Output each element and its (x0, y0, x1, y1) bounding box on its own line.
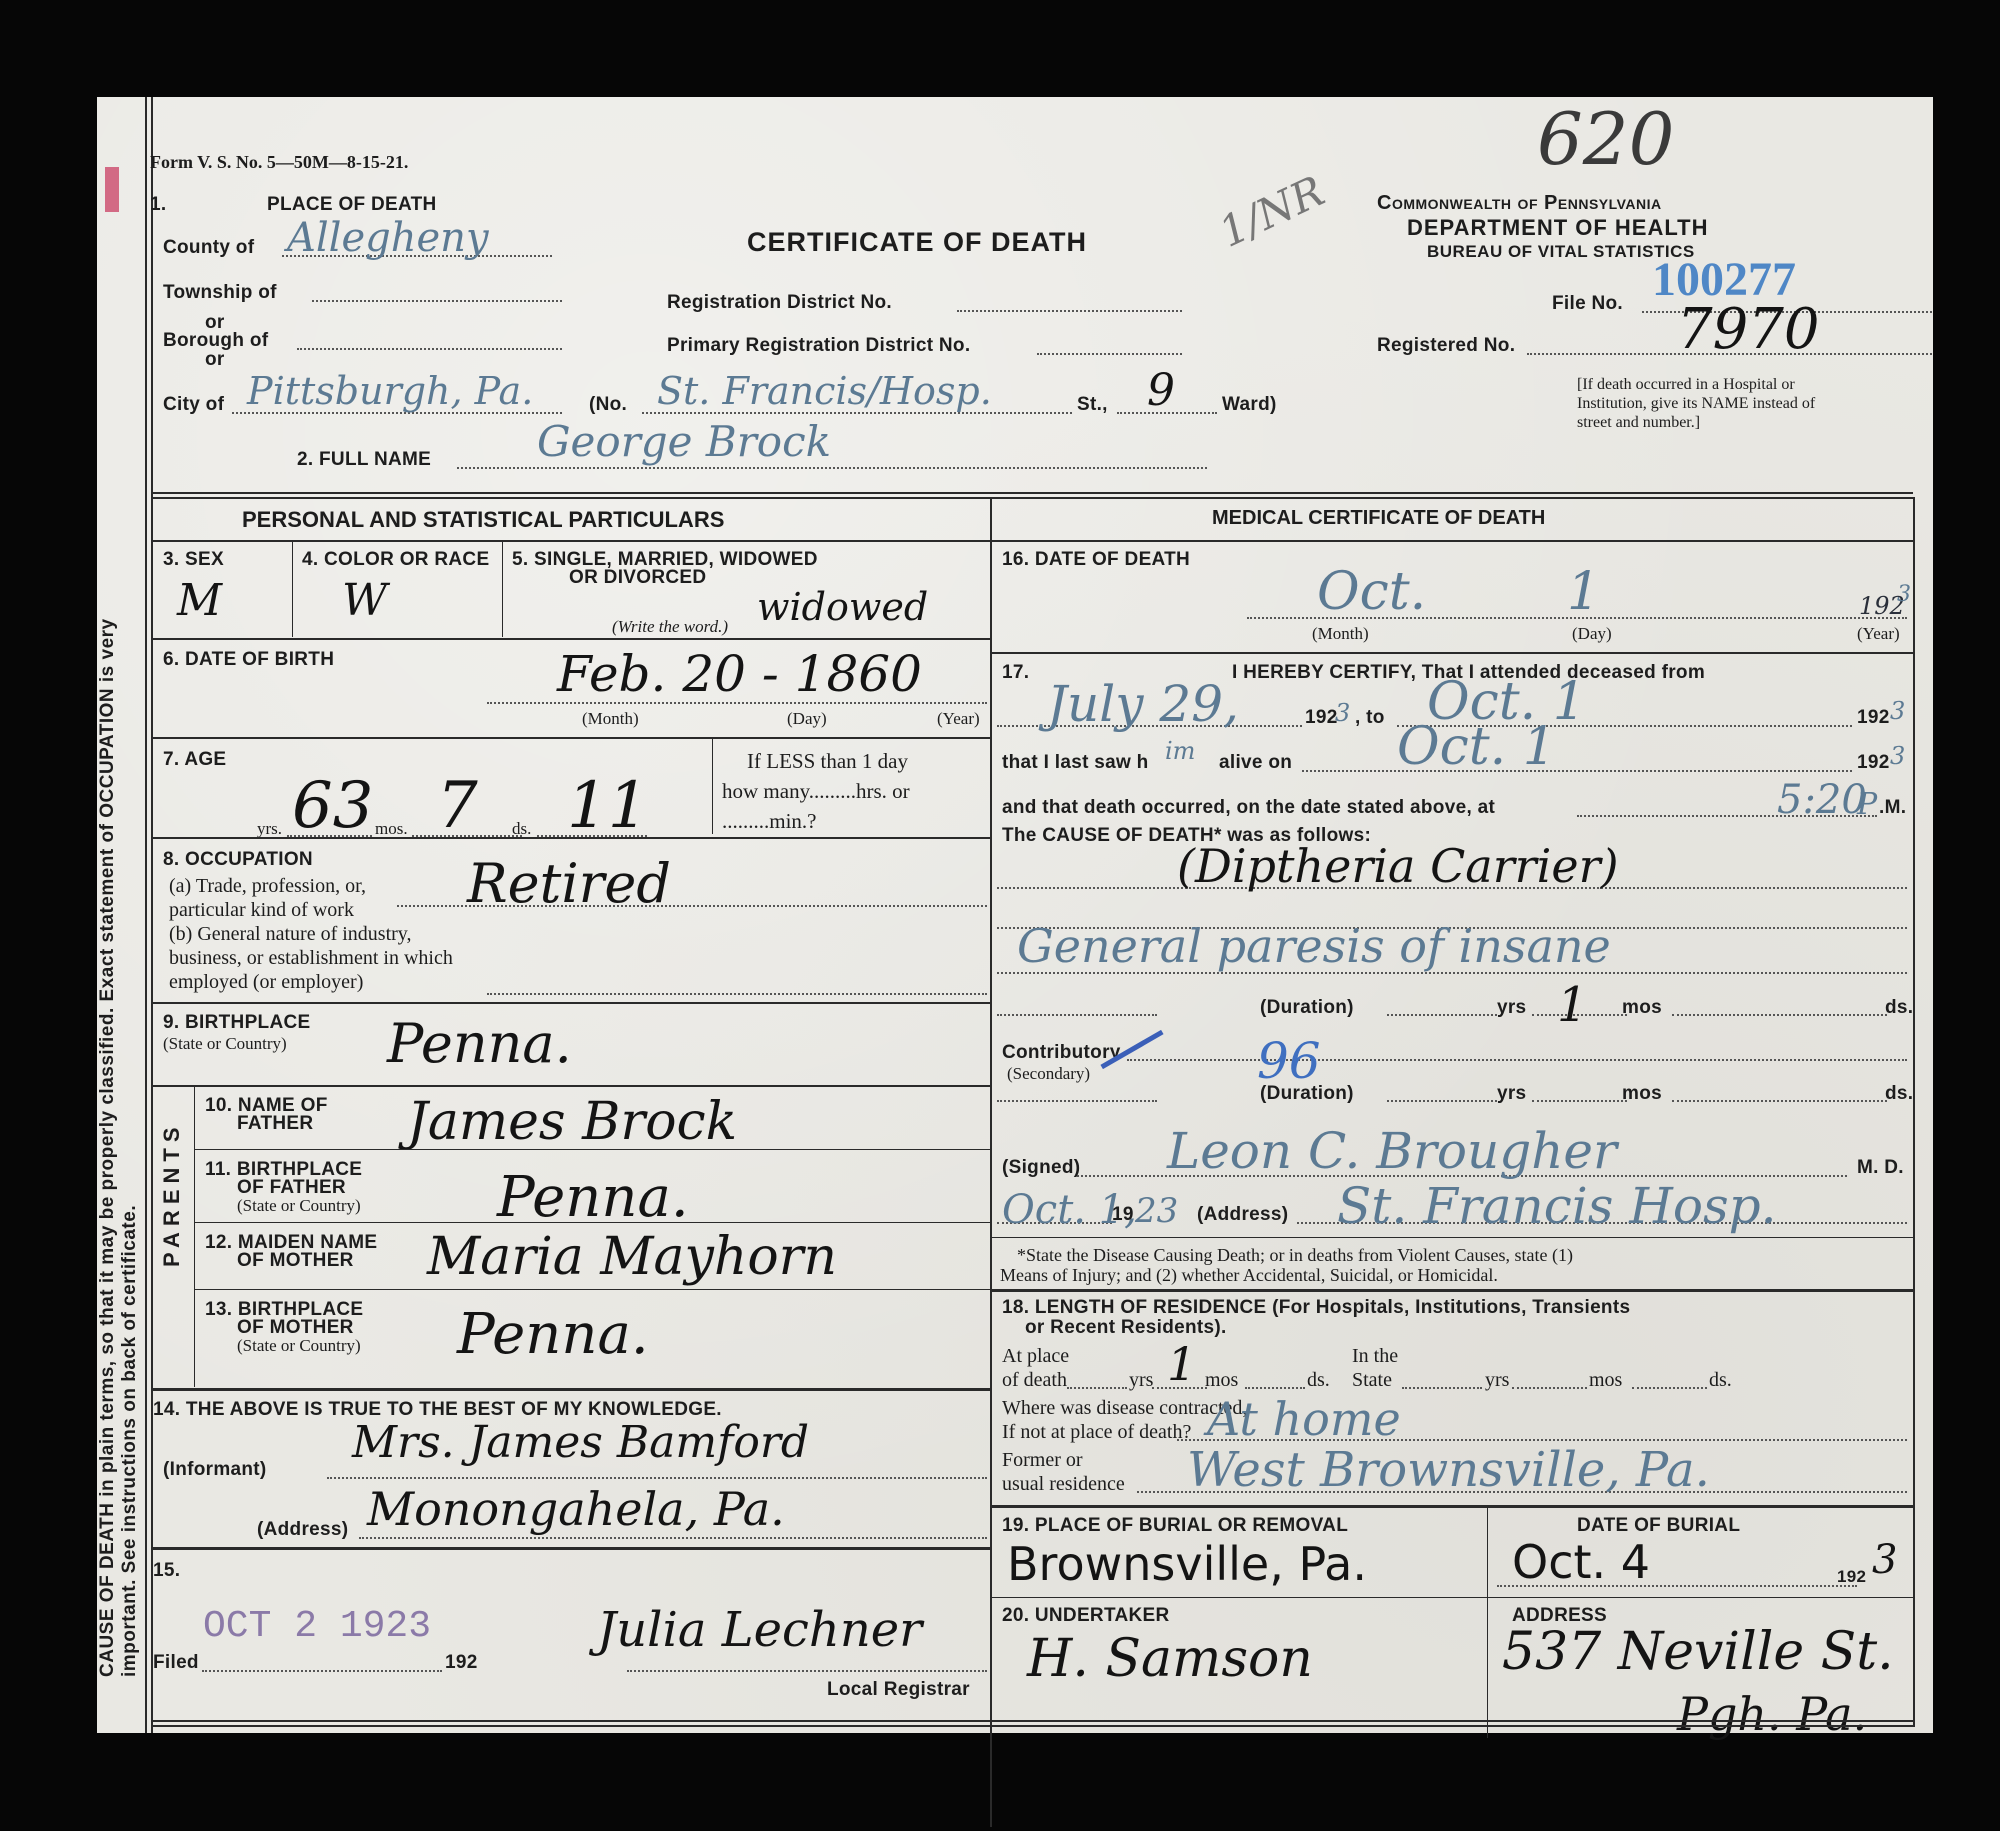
contributory-field (1127, 1059, 1907, 1061)
residence-heading-2: or Recent Residents). (1025, 1317, 1227, 1339)
line (194, 1149, 990, 1150)
filed-date-stamp: OCT 2 1923 (203, 1605, 431, 1648)
age-label: 7. AGE (163, 749, 226, 771)
in-state-label-2: State (1352, 1369, 1392, 1392)
in-state-yrs-field (1402, 1387, 1482, 1389)
line (194, 1222, 990, 1223)
physician-address-label: (Address) (1197, 1204, 1288, 1226)
filed-field (202, 1670, 442, 1672)
duration-label-1: (Duration) (1260, 997, 1354, 1019)
former-residence-label-2: usual residence (1002, 1473, 1125, 1496)
margin-border-left-2 (151, 97, 153, 1733)
marital-note: (Write the word.) (612, 617, 728, 637)
duration-yrs-field-2 (1387, 1100, 1497, 1102)
registration-district-label: Registration District No. (667, 292, 892, 314)
mother-value: Maria Mayhorn (427, 1227, 837, 1287)
burial-place-value: Brownsville, Pa. (1007, 1537, 1367, 1591)
pencil-top-number: 620 (1537, 97, 1674, 181)
in-state-ds-field (1632, 1387, 1707, 1389)
registered-no-value: 7970 (1677, 297, 1820, 362)
city-label: City of (163, 394, 224, 416)
cause-line-2-value: General paresis of insane (1017, 919, 1611, 973)
filed-label: Filed (153, 1652, 199, 1674)
birthplace-label: 9. BIRTHPLACE (163, 1012, 310, 1034)
burial-year-prefix: 192 (1837, 1567, 1866, 1587)
dod-day-label: (Day) (1572, 624, 1612, 644)
duration-yrs-label-1: yrs (1497, 997, 1526, 1019)
dob-value: Feb. 20 - 1860 (557, 645, 922, 703)
line (153, 1085, 990, 1087)
or-label-2: or (205, 349, 225, 371)
registered-no-label: Registered No. (1377, 335, 1515, 357)
death-occurred-label: and that death occurred, on the date sta… (1002, 797, 1495, 819)
last-saw-year: 3 (1890, 742, 1905, 770)
dod-year-label: (Year) (1857, 624, 1900, 644)
primary-registration-label: Primary Registration District No. (667, 335, 970, 357)
county-label: County of (163, 237, 254, 259)
burial-date-value: Oct. 4 (1512, 1535, 1650, 1589)
header-divider-2 (153, 497, 1913, 499)
mother-label-2: OF MOTHER (237, 1250, 354, 1272)
margin-instruction-line1: CAUSE OF DEATH in plain terms, so that i… (97, 618, 119, 1677)
township-label: Township of (163, 282, 277, 304)
line (292, 542, 293, 637)
at-place-ds-label: ds. (1307, 1369, 1330, 1392)
mother-bp-sub: (State or Country) (237, 1336, 361, 1356)
line (992, 1237, 1913, 1238)
informant-label: (Informant) (163, 1459, 267, 1481)
marital-label-2: OR DIVORCED (569, 567, 706, 589)
duration-yrs-label-2: yrs (1497, 1083, 1526, 1105)
ward-label: Ward) (1222, 394, 1277, 416)
last-saw-year-prefix: 192 (1857, 752, 1890, 774)
dod-month-value: Oct. (1317, 562, 1426, 622)
attended-to-year-prefix: 192 (1857, 707, 1890, 729)
mother-bp-value: Penna. (457, 1302, 649, 1367)
age-months-value: 7 (437, 769, 478, 843)
secondary-label: (Secondary) (1007, 1064, 1090, 1084)
age-days-value: 11 (567, 769, 648, 843)
right-border (1913, 497, 1915, 1727)
duration-mos-label-1: mos (1622, 997, 1662, 1019)
last-saw-field (1302, 770, 1852, 772)
contributory-mark: 96 (1257, 1032, 1321, 1090)
township-field (312, 300, 562, 302)
pencil-annotation: 1/NR (1212, 166, 1332, 257)
last-saw-label-1: that I last saw h (1002, 752, 1149, 774)
filing-number: 15. (153, 1560, 180, 1582)
hospital-note: [If death occurred in a Hospital or Inst… (1577, 375, 1817, 432)
age-ds-label: ds. (512, 819, 531, 839)
bottom-border-2 (153, 1725, 1913, 1727)
undertaker-label: 20. UNDERTAKER (1002, 1605, 1169, 1627)
certificate-title: CERTIFICATE OF DEATH (747, 227, 1087, 258)
margin-border-left (145, 97, 147, 1733)
personal-heading: PERSONAL AND STATISTICAL PARTICULARS (242, 507, 724, 533)
informant-address-field (359, 1537, 987, 1539)
bottom-border (153, 1720, 1913, 1722)
line (992, 540, 1913, 542)
death-certificate: CAUSE OF DEATH in plain terms, so that i… (97, 97, 1933, 1733)
signed-year-prefix: 19 (1112, 1204, 1134, 1226)
medical-heading: MEDICAL CERTIFICATE OF DEATH (1212, 507, 1545, 530)
age-years-value: 63 (292, 769, 373, 843)
last-saw-label-2: alive on (1219, 752, 1292, 774)
burial-year: 3 (1872, 1537, 1897, 1583)
column-divider (990, 497, 992, 1827)
registrar-field (627, 1670, 987, 1672)
form-number: Form V. S. No. 5—50M—8-15-21. (150, 152, 408, 173)
informant-value: Mrs. James Bamford (352, 1417, 809, 1468)
contracted-value: At home (1207, 1392, 1401, 1446)
duration-mos-label-2: mos (1622, 1083, 1662, 1105)
informant-address-value: Monongahela, Pa. (367, 1482, 785, 1536)
line (1487, 1508, 1488, 1738)
undertaker-address-line2: Pgh. Pa. (1677, 1687, 1867, 1741)
occupation-b-label: (b) General nature of industry, business… (169, 922, 489, 994)
line (153, 540, 990, 542)
full-name-label: 2. FULL NAME (297, 449, 431, 471)
at-place-months-value: 1 (1167, 1337, 1196, 1391)
street-value: St. Francis/Hosp. (657, 369, 992, 413)
line (992, 1597, 1913, 1598)
duration-ds-label-1: ds. (1885, 997, 1913, 1019)
contracted-label-2: If not at place of death? (1002, 1421, 1191, 1444)
father-bp-value: Penna. (497, 1165, 689, 1230)
father-bp-sub: (State or Country) (237, 1196, 361, 1216)
less-than-day-3: .........min.? (722, 809, 817, 834)
line (712, 739, 713, 834)
undertaker-value: H. Samson (1027, 1629, 1313, 1689)
registration-district-field (957, 310, 1182, 312)
line (153, 1002, 990, 1004)
informant-address-label: (Address) (257, 1519, 348, 1541)
line (194, 1289, 990, 1290)
in-state-mos-field (1512, 1387, 1587, 1389)
duration-yrs-field-1 (1387, 1014, 1497, 1016)
line (153, 837, 990, 839)
in-state-mos-label: mos (1589, 1369, 1622, 1392)
county-value: Allegheny (287, 215, 489, 261)
line (992, 652, 1913, 654)
line (194, 1087, 195, 1387)
dod-day-value: 1 (1567, 562, 1600, 622)
street-no-label: (No. (589, 394, 627, 416)
death-time: 5:20 (1777, 777, 1867, 823)
age-mos-label: mos. (375, 819, 408, 839)
place-of-death-number: 1. (150, 194, 166, 216)
age-yrs-label: yrs. (257, 819, 282, 839)
in-state-ds-label: ds. (1709, 1369, 1732, 1392)
occupation-b-field (487, 993, 987, 995)
former-residence-label-1: Former or (1002, 1449, 1083, 1472)
borough-field (297, 348, 562, 350)
death-ampm-suffix: .M. (1879, 797, 1906, 819)
issuer-line2: DEPARTMENT OF HEALTH (1407, 215, 1709, 241)
father-label-2: FATHER (237, 1113, 313, 1135)
burial-date-label: DATE OF BURIAL (1577, 1515, 1740, 1537)
issuer-line1: Commonwealth of Pennsylvania (1377, 192, 1662, 215)
margin-instruction-line2: important. See instructions on back of c… (119, 1205, 141, 1677)
sex-label: 3. SEX (163, 549, 224, 571)
race-label: 4. COLOR OR RACE (302, 549, 489, 571)
signed-value: Leon C. Brougher (1167, 1122, 1617, 1180)
at-place-mos-label: mos (1205, 1369, 1238, 1392)
occupation-a-label: (a) Trade, profession, or, particular ki… (169, 874, 399, 922)
dob-month-label: (Month) (582, 709, 639, 729)
at-place-ds-field (1245, 1387, 1305, 1389)
dod-month-label: (Month) (1312, 624, 1369, 644)
last-saw-value: Oct. 1 (1397, 717, 1556, 777)
duration-months-value: 1 (1557, 977, 1588, 1033)
occupation-label: 8. OCCUPATION (163, 849, 313, 871)
attended-to-year: 3 (1890, 697, 1905, 725)
dod-year-value: 3 (1897, 582, 1911, 607)
duration-ds-label-2: ds. (1885, 1083, 1913, 1105)
dob-label: 6. DATE OF BIRTH (163, 649, 334, 671)
birthplace-sub: (State or Country) (163, 1034, 287, 1054)
less-than-day-2: how many.........hrs. or (722, 779, 910, 804)
duration-ds-field-2 (1672, 1100, 1887, 1102)
md-label: M. D. (1857, 1157, 1904, 1179)
in-state-label-1: In the (1352, 1345, 1398, 1368)
header-divider (153, 492, 1913, 494)
duration-label-2: (Duration) (1260, 1083, 1354, 1105)
attended-from-value: July 29, (1047, 675, 1239, 733)
in-state-yrs-label: yrs (1485, 1369, 1509, 1392)
registrar-label: Local Registrar (827, 1679, 970, 1701)
sex-value: M (177, 575, 222, 626)
attended-from-year: 3 (1335, 699, 1350, 727)
race-value: W (342, 575, 387, 626)
duration-field-1 (997, 1014, 1157, 1016)
line (153, 1388, 990, 1391)
burial-place-label: 19. PLACE OF BURIAL OR REMOVAL (1002, 1515, 1348, 1537)
to-label: , to (1355, 707, 1385, 729)
certify-number: 17. (1002, 662, 1029, 684)
residence-heading-1: 18. LENGTH OF RESIDENCE (For Hospitals, … (1002, 1297, 1630, 1319)
parents-label: PARENTS (159, 1122, 185, 1268)
birthplace-value: Penna. (387, 1012, 572, 1075)
red-mark (105, 167, 119, 212)
occupation-value: Retired (467, 852, 671, 915)
dob-day-label: (Day) (787, 709, 827, 729)
line (992, 1289, 1913, 1292)
line (153, 1547, 990, 1550)
at-place-label-1: At place (1002, 1345, 1069, 1368)
cause-line-1-value: (Diptheria Carrier) (1177, 839, 1619, 893)
duration-field-2 (997, 1100, 1157, 1102)
full-name-value: George Brock (537, 417, 831, 466)
registrar-signature: Julia Lechner (597, 1602, 922, 1658)
footnote-line1: *State the Disease Causing Death; or in … (1017, 1245, 1573, 1266)
last-saw-pronoun: im (1165, 737, 1195, 765)
marital-value: widowed (757, 585, 928, 629)
footnote-line2: Means of Injury; and (2) whether Acciden… (1000, 1265, 1498, 1286)
primary-registration-field (1037, 353, 1182, 355)
dod-label: 16. DATE OF DEATH (1002, 549, 1190, 571)
file-no-label: File No. (1552, 293, 1623, 315)
attended-from-year-prefix: 192 (1305, 707, 1338, 729)
line (992, 1505, 1913, 1508)
physician-address-value: St. Francis Hosp. (1337, 1177, 1777, 1235)
at-place-yrs-label: yrs (1129, 1369, 1153, 1392)
former-residence-value: West Brownsville, Pa. (1187, 1442, 1710, 1498)
informant-field (327, 1477, 987, 1479)
at-place-label-2: of death (1002, 1369, 1067, 1392)
dob-year-label: (Year) (937, 709, 980, 729)
filed-year-prefix: 192 (445, 1652, 478, 1674)
father-value: James Brock (407, 1092, 737, 1152)
line (153, 737, 990, 739)
contributory-label: Contributory (1002, 1042, 1121, 1064)
duration-mos-field-2 (1532, 1100, 1627, 1102)
line (502, 542, 503, 637)
less-than-day-1: If LESS than 1 day (747, 749, 908, 774)
signed-year: 23 (1135, 1191, 1178, 1231)
place-of-death-heading: PLACE OF DEATH (267, 194, 437, 216)
death-ampm: P (1857, 787, 1877, 822)
undertaker-address-value: 537 Neville St. (1502, 1622, 1894, 1682)
signed-label: (Signed) (1002, 1157, 1080, 1179)
city-value: Pittsburgh, Pa. (247, 369, 533, 413)
line (153, 638, 990, 640)
duration-ds-field-1 (1672, 1014, 1887, 1016)
full-name-field (457, 467, 1207, 469)
st-label: St., (1077, 394, 1108, 416)
at-place-yrs-field (1067, 1387, 1127, 1389)
ward-value: 9 (1147, 365, 1175, 416)
